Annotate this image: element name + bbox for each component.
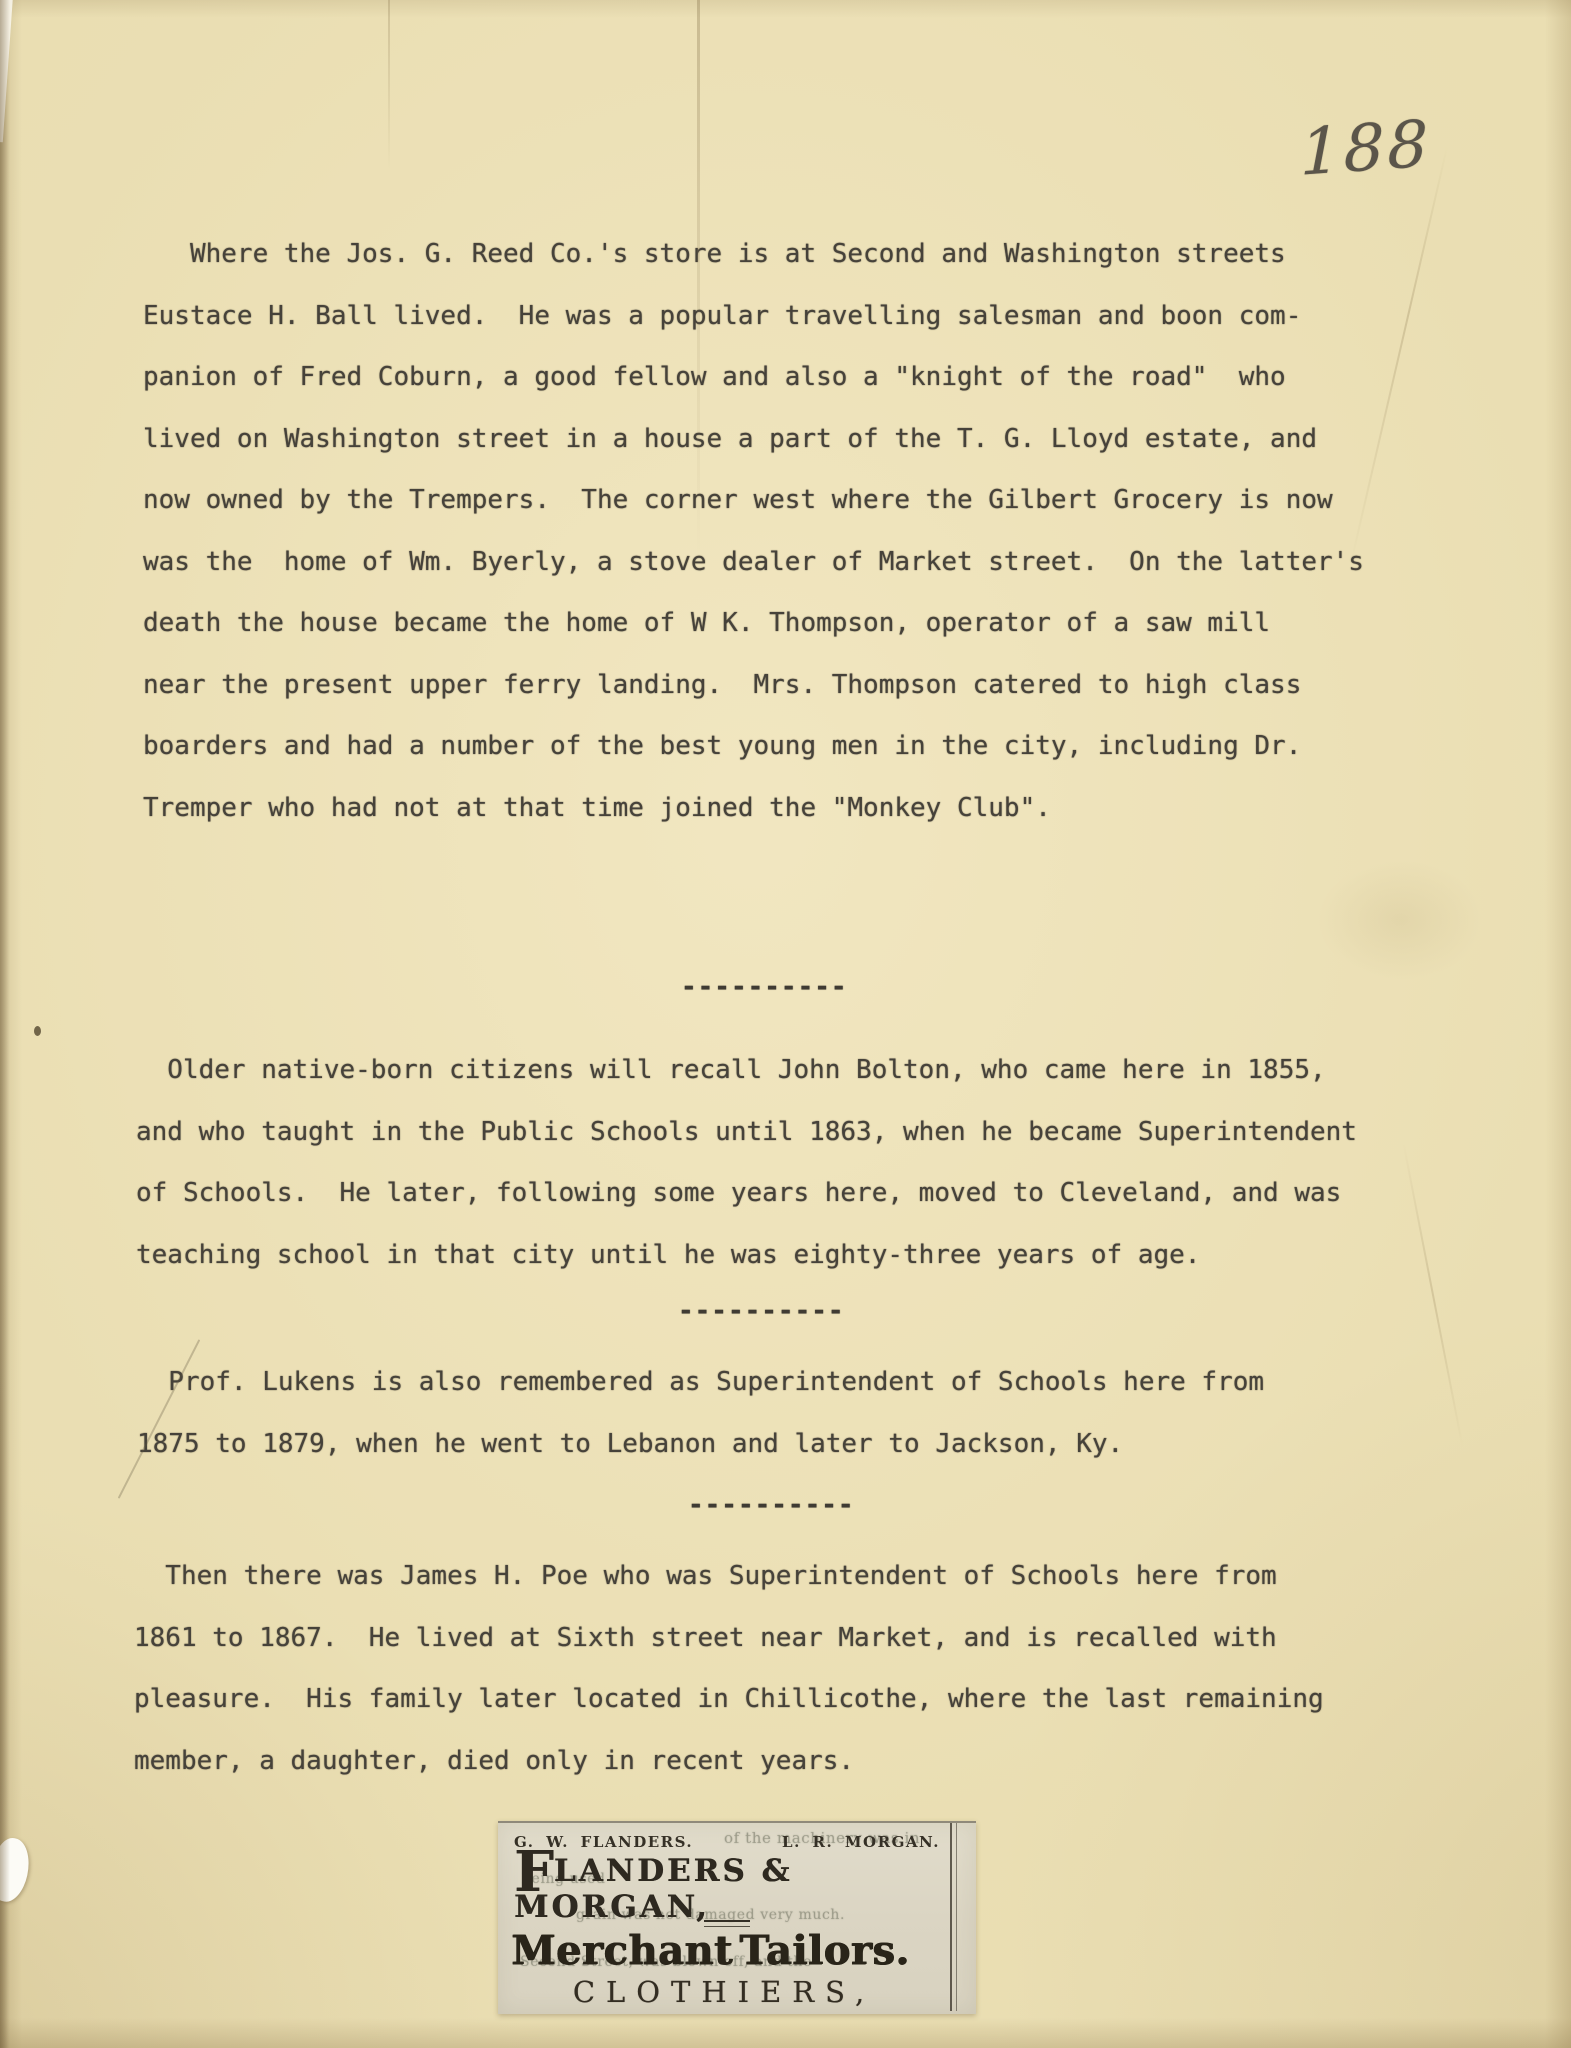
paragraph-james-poe: Then there was James H. Poe who was Supe… [134, 1546, 1324, 1792]
ad-firm-name-rest: LANDERS & MORGAN, [514, 1853, 792, 1925]
ad-firm-name: FLANDERS & MORGAN, [514, 1853, 976, 1925]
document-page: 188 Where the Jos. G. Reed Co.'s store i… [0, 0, 1571, 2048]
page-edge-shadow [0, 0, 10, 2048]
newspaper-ad-clipping: of the machinery was in being used grain… [498, 1821, 976, 2014]
ad-merchant-tailors-line: Merchant Tailors. [511, 1927, 910, 1974]
crease-mark [1402, 1143, 1463, 1448]
ad-clothiers-line: CLOTHIERS, [498, 1975, 950, 2009]
paragraph-prof-lukens: Prof. Lukens is also remembered as Super… [137, 1352, 1264, 1475]
dashed-separator: ---------- [678, 1281, 845, 1343]
handwritten-page-number: 188 [1300, 107, 1431, 190]
paper-smudge [1290, 840, 1510, 1000]
ad-small-divider-rule [704, 1920, 750, 1927]
dashed-separator: ---------- [681, 957, 848, 1019]
ad-proprietors-row: G. W. FLANDERS. L. R. MORGAN. [514, 1833, 940, 1851]
crease-mark [1350, 145, 1449, 564]
paragraph-reed-store: Where the Jos. G. Reed Co.'s store is at… [143, 224, 1364, 839]
ad-proprietor-right: L. R. MORGAN. [782, 1833, 940, 1851]
ink-dot [34, 1026, 41, 1036]
dashed-separator: ---------- [688, 1475, 855, 1537]
crease-mark [388, 0, 390, 170]
ad-column-rule [950, 1823, 952, 2011]
paragraph-john-bolton: Older native-born citizens will recall J… [136, 1040, 1357, 1286]
ad-column-rule [956, 1823, 957, 2011]
